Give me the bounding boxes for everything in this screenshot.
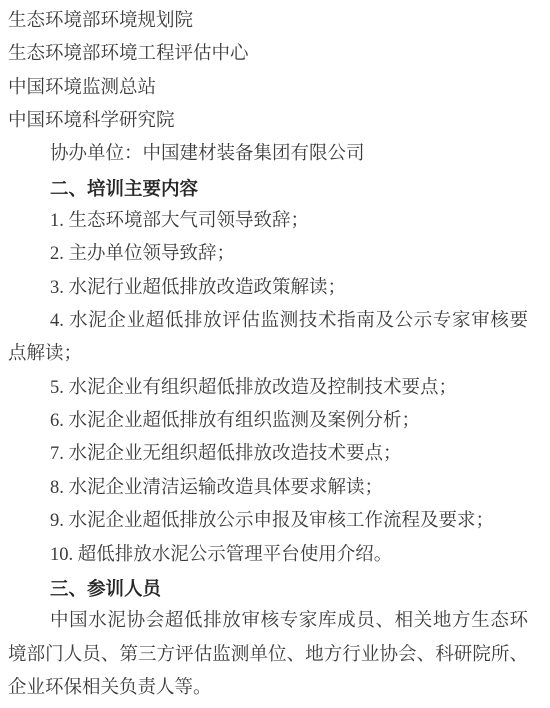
training-item-6: 6. 水泥企业超低排放有组织监测及案例分析；	[8, 405, 528, 438]
training-item-7: 7. 水泥企业无组织超低排放改造技术要点；	[8, 438, 528, 471]
document-body: 生态环境部环境规划院 生态环境部环境工程评估中心 中国环境监测总站 中国环境科学…	[0, 0, 550, 705]
training-item-4: 4. 水泥企业超低排放评估监测技术指南及公示专家审核要点解读；	[8, 305, 528, 372]
organizer-unit-line: 生态环境部环境工程评估中心	[8, 38, 528, 71]
training-item-1: 1. 生态环境部大气司领导致辞；	[8, 205, 528, 238]
training-item-2: 2. 主办单位领导致辞；	[8, 238, 528, 271]
section-heading-training-content: 二、培训主要内容	[8, 172, 528, 205]
section-heading-participants: 三、参训人员	[8, 572, 528, 605]
training-item-8: 8. 水泥企业清洁运输改造具体要求解读；	[8, 472, 528, 505]
co-organizer-line: 协办单位：中国建材装备集团有限公司	[8, 138, 528, 171]
document-page: 生态环境部环境规划院 生态环境部环境工程评估中心 中国环境监测总站 中国环境科学…	[0, 0, 550, 708]
organizer-unit-line: 中国环境科学研究院	[8, 105, 528, 138]
training-item-3: 3. 水泥行业超低排放改造政策解读；	[8, 272, 528, 305]
training-item-10: 10. 超低排放水泥公示管理平台使用介绍。	[8, 539, 528, 572]
organizer-unit-line: 生态环境部环境规划院	[8, 5, 528, 38]
training-item-9: 9. 水泥企业超低排放公示申报及审核工作流程及要求；	[8, 505, 528, 538]
training-item-5: 5. 水泥企业有组织超低排放改造及控制技术要点；	[8, 372, 528, 405]
participants-paragraph: 中国水泥协会超低排放审核专家库成员、相关地方生态环境部门人员、第三方评估监测单位…	[8, 605, 528, 705]
organizer-unit-line: 中国环境监测总站	[8, 72, 528, 105]
